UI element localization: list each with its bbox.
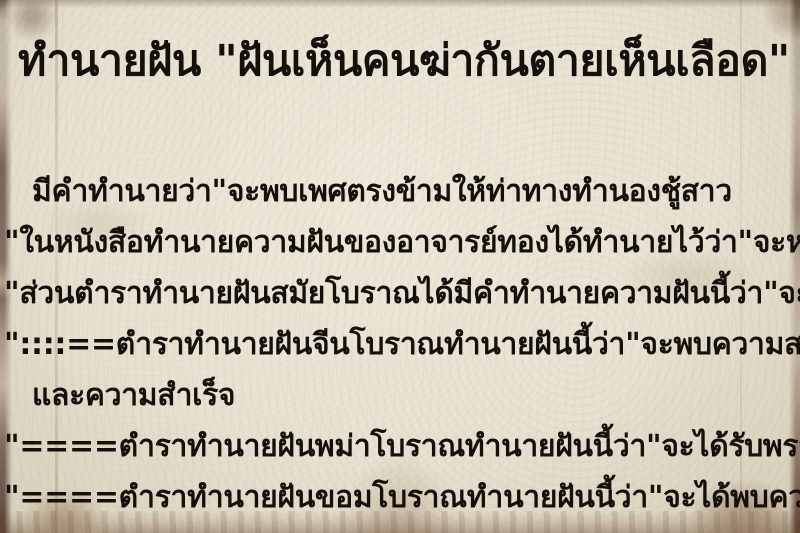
- dream-interpretation-text: มีคำทำนายว่า"จะพบเพศตรงข้ามให้ท่าทางทำนอ…: [0, 166, 800, 523]
- body-line: และความสำเร็จ: [0, 370, 800, 421]
- top-edge-shading: [0, 0, 800, 8]
- body-line: "ส่วนตำราทำนายฝันสมัยโบราณได้มีคำทำนายคว…: [0, 268, 800, 319]
- page-title: ทำนายฝัน "ฝันเห็นคนฆ่ากันตายเห็นเลือด": [0, 26, 800, 94]
- body-line: มีคำทำนายว่า"จะพบเพศตรงข้ามให้ท่าทางทำนอ…: [0, 166, 800, 217]
- body-line: "::::==ตำราทำนายฝันจีนโบราณทำนายฝันนี้ว่…: [0, 319, 800, 370]
- body-line: "====ตำราทำนายฝันขอมโบราณทำนายฝันนี้ว่า"…: [0, 472, 800, 523]
- body-line: "====ตำราทำนายฝันพม่าโบราณทำนายฝันนี้ว่า…: [0, 421, 800, 472]
- body-line: "ในหนังสือทำนายความฝันของอาจารย์ทองได้ทำ…: [0, 217, 800, 268]
